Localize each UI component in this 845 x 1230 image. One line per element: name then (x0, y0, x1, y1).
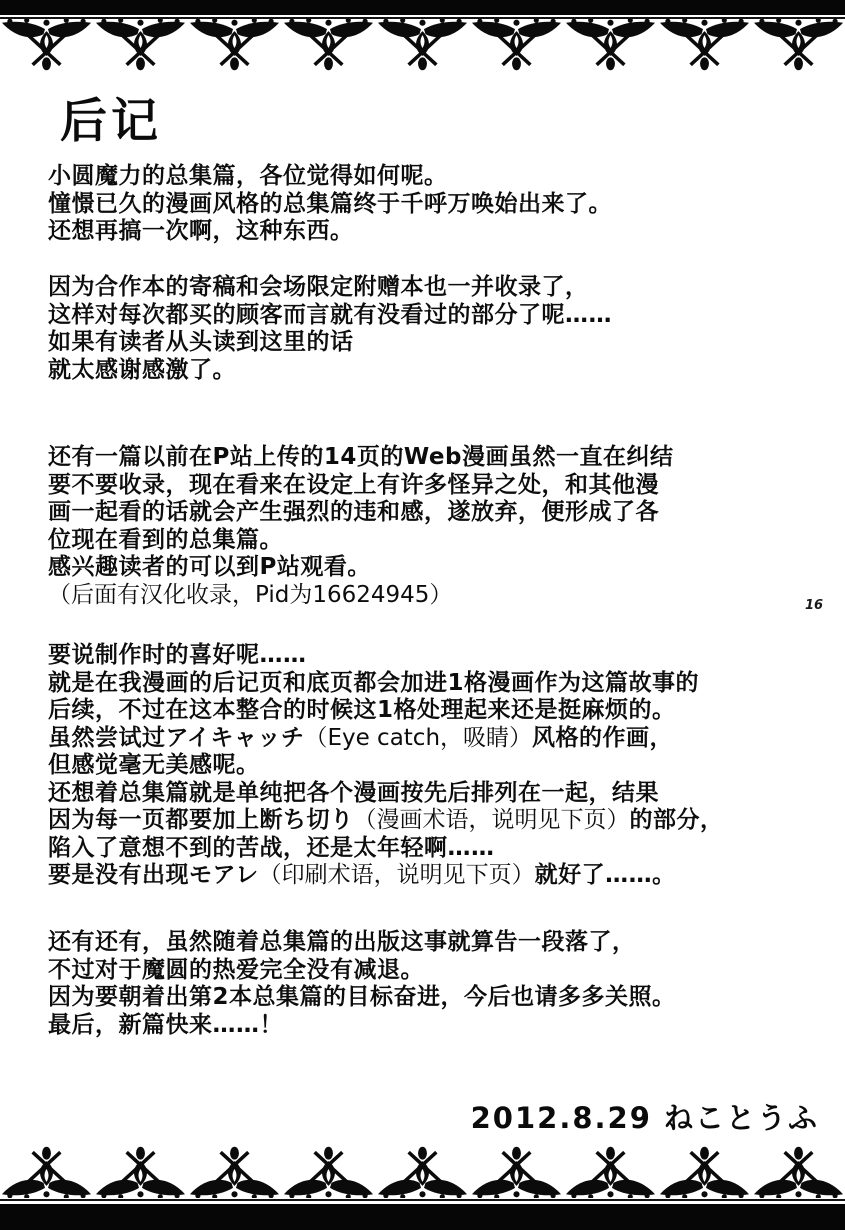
text-line: （后面有汉化收录，Pid为16624945） (48, 582, 829, 610)
paragraph: 小圆魔力的总集篇，各位觉得如何呢。憧憬已久的漫画风格的总集篇终于千呼万唤始出来了… (48, 163, 829, 246)
damask-ornament-icon (0, 1146, 93, 1198)
translator-note: （印刷术语，说明见下页） (259, 862, 535, 888)
damask-ornament-icon (658, 19, 751, 71)
text-line: 要是没有出现モアレ（印刷术语，说明见下页）就好了……。 (48, 862, 829, 890)
damask-ornament-icon (752, 1146, 845, 1198)
text-line: 因为合作本的寄稿和会场限定附赠本也一并收录了， (48, 274, 829, 302)
text-segment: 这样对每次都买的顾客而言就有没看过的部分了呢…… (48, 302, 612, 328)
damask-ornament-icon (188, 19, 281, 71)
damask-ornament-icon (0, 19, 93, 71)
text-segment: 就是在我漫画的后记页和底页都会加进1格漫画作为这篇故事的 (48, 670, 699, 696)
top-ornament-row (0, 19, 845, 71)
text-line: 感兴趣读者的可以到P站观看。 (48, 554, 829, 582)
signature: 2012.8.29 ねことうふ (471, 1096, 819, 1137)
text-line: 位现在看到的总集篇。 (48, 527, 829, 555)
text-segment: 憧憬已久的漫画风格的总集篇终于千呼万唤始出来了。 (48, 191, 612, 217)
text-line: 后续，不过在这本整合的时候这1格处理起来还是挺麻烦的。 (48, 697, 829, 725)
text-line: 小圆魔力的总集篇，各位觉得如何呢。 (48, 163, 829, 191)
text-segment: 因为合作本的寄稿和会场限定附赠本也一并收录了， (48, 274, 589, 300)
text-line: 因为每一页都要加上断ち切り（漫画术语，说明见下页）的部分， (48, 807, 829, 835)
text-segment: 陷入了意想不到的苦战，还是太年轻啊…… (48, 835, 495, 861)
text-segment: 的部分， (630, 807, 724, 833)
text-line: 不过对于魔圆的热爱完全没有减退。 (48, 957, 829, 985)
page-number: 16 (805, 598, 823, 613)
text-line: 最后，新篇快来……！ (48, 1012, 829, 1040)
damask-ornament-icon (282, 1146, 375, 1198)
text-line: 画一起看的话就会产生强烈的违和感，遂放弃，便形成了各 (48, 499, 829, 527)
text-line: 因为要朝着出第2本总集篇的目标奋进，今后也请多多关照。 (48, 984, 829, 1012)
page-title: 后记 (60, 84, 162, 151)
text-segment: 风格的作画， (532, 725, 673, 751)
damask-ornament-icon (282, 19, 375, 71)
text-line: 要说制作时的喜好呢…… (48, 642, 829, 670)
damask-ornament-icon (470, 19, 563, 71)
text-segment: 位现在看到的总集篇。 (48, 527, 283, 553)
text-segment: 就太感谢感激了。 (48, 357, 236, 383)
text-segment: 还有一篇以前在P站上传的14页的Web漫画虽然一直在纠结 (48, 444, 673, 470)
text-line: 憧憬已久的漫画风格的总集篇终于千呼万唤始出来了。 (48, 191, 829, 219)
text-segment: 要是没有出现モアレ (48, 862, 259, 888)
translator-note: （Eye catch，吸睛） (304, 725, 532, 751)
text-line: 还想再搞一次啊，这种东西。 (48, 218, 829, 246)
text-segment: 最后，新篇快来……！ (48, 1012, 283, 1038)
text-line: 就太感谢感激了。 (48, 357, 829, 385)
damask-ornament-icon (94, 1146, 187, 1198)
text-segment: 但感觉毫无美感呢。 (48, 752, 260, 778)
damask-ornament-icon (188, 1146, 281, 1198)
text-segment: 感兴趣读者的可以到P站观看。 (48, 554, 371, 580)
text-line: 还有还有，虽然随着总集篇的出版这事就算告一段落了， (48, 929, 829, 957)
bottom-rule-line (0, 1199, 845, 1201)
text-line: 这样对每次都买的顾客而言就有没看过的部分了呢…… (48, 302, 829, 330)
translator-note: （后面有汉化收录，Pid为16624945） (48, 582, 452, 608)
text-line: 就是在我漫画的后记页和底页都会加进1格漫画作为这篇故事的 (48, 670, 829, 698)
text-segment: 虽然尝试过アイキャッチ (48, 725, 304, 751)
damask-ornament-icon (564, 1146, 657, 1198)
text-line: 还有一篇以前在P站上传的14页的Web漫画虽然一直在纠结 (48, 444, 829, 472)
paragraph: 还有还有，虽然随着总集篇的出版这事就算告一段落了，不过对于魔圆的热爱完全没有减退… (48, 929, 829, 1039)
text-segment: 就好了……。 (535, 862, 676, 888)
damask-ornament-icon (376, 19, 469, 71)
text-line: 但感觉毫无美感呢。 (48, 752, 829, 780)
damask-ornament-icon (658, 1146, 751, 1198)
bottom-ornament-row (0, 1146, 845, 1198)
text-line: 如果有读者从头读到这里的话 (48, 329, 829, 357)
text-segment: 还想着总集篇就是单纯把各个漫画按先后排列在一起，结果 (48, 780, 659, 806)
text-segment: 要说制作时的喜好呢…… (48, 642, 307, 668)
translator-note: （漫画术语，说明见下页） (354, 807, 630, 833)
damask-ornament-icon (376, 1146, 469, 1198)
text-segment: 要不要收录，现在看来在设定上有许多怪异之处，和其他漫 (48, 472, 659, 498)
damask-ornament-icon (94, 19, 187, 71)
text-segment: 小圆魔力的总集篇，各位觉得如何呢。 (48, 163, 448, 189)
paragraph: 还有一篇以前在P站上传的14页的Web漫画虽然一直在纠结要不要收录，现在看来在设… (48, 444, 829, 609)
damask-ornament-icon (752, 19, 845, 71)
text-segment: 不过对于魔圆的热爱完全没有减退。 (48, 957, 424, 983)
text-line: 要不要收录，现在看来在设定上有许多怪异之处，和其他漫 (48, 472, 829, 500)
text-segment: 还想再搞一次啊，这种东西。 (48, 218, 354, 244)
text-line: 陷入了意想不到的苦战，还是太年轻啊…… (48, 835, 829, 863)
afterword-page: 后记 小圆魔力的总集篇，各位觉得如何呢。憧憬已久的漫画风格的总集篇终于千呼万唤始… (0, 0, 845, 1230)
text-line: 虽然尝试过アイキャッチ（Eye catch，吸睛）风格的作画， (48, 725, 829, 753)
text-segment: 还有还有，虽然随着总集篇的出版这事就算告一段落了， (48, 929, 636, 955)
paragraph: 要说制作时的喜好呢……就是在我漫画的后记页和底页都会加进1格漫画作为这篇故事的后… (48, 642, 829, 890)
text-line: 还想着总集篇就是单纯把各个漫画按先后排列在一起，结果 (48, 780, 829, 808)
damask-ornament-icon (564, 19, 657, 71)
text-segment: 因为要朝着出第2本总集篇的目标奋进，今后也请多多关照。 (48, 984, 676, 1010)
paragraph: 因为合作本的寄稿和会场限定附赠本也一并收录了，这样对每次都买的顾客而言就有没看过… (48, 274, 829, 384)
text-segment: 后续，不过在这本整合的时候这1格处理起来还是挺麻烦的。 (48, 697, 676, 723)
bottom-black-bar (0, 1204, 845, 1230)
damask-ornament-icon (470, 1146, 563, 1198)
top-black-bar (0, 0, 845, 15)
text-segment: 如果有读者从头读到这里的话 (48, 329, 354, 355)
text-segment: 画一起看的话就会产生强烈的违和感，遂放弃，便形成了各 (48, 499, 659, 525)
text-segment: 因为每一页都要加上断ち切り (48, 807, 354, 833)
